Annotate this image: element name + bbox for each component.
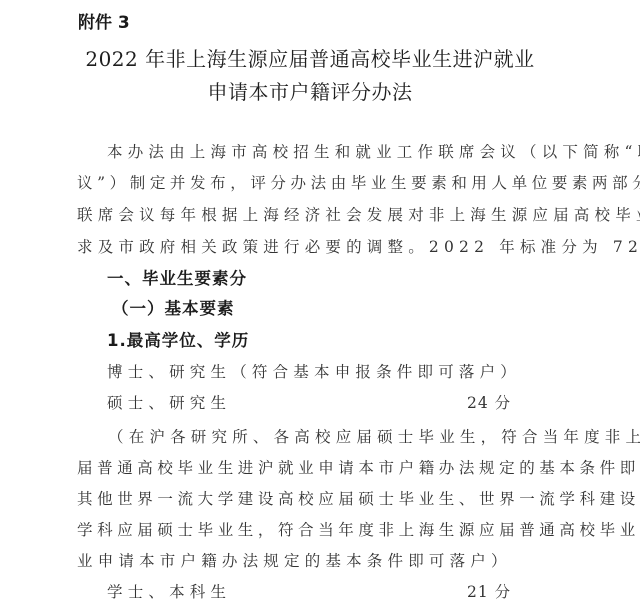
masters-note-line-5: 业申请本市户籍办法规定的基本条件即可落户）: [77, 550, 512, 572]
entry-bachelors-label: 学士、本科生: [107, 581, 231, 603]
entry-doctorate-label: 博士、研究生（符合基本申报条件即可落户）: [107, 361, 521, 383]
entry-masters-score: 24 分: [467, 392, 511, 414]
attachment-label: 附件 3: [78, 12, 130, 34]
masters-note-line-1: （在沪各研究所、各高校应届硕士毕业生，符合当年度非上海生源应: [108, 426, 640, 448]
intro-line-4: 求及市政府相关政策进行必要的调整。2022 年标准分为 72 分。: [77, 236, 640, 258]
section-heading-graduate-factors: 一、毕业生要素分: [107, 268, 247, 290]
document-title-line-2: 申请本市户籍评分办法: [0, 79, 620, 105]
entry-bachelors-score: 21 分: [467, 581, 511, 603]
masters-note-line-2: 届普通高校毕业生进沪就业申请本市户籍办法规定的基本条件即可落户。: [77, 457, 640, 479]
entry-masters-label: 硕士、研究生: [107, 392, 231, 414]
item-heading-highest-degree: 1.最高学位、学历: [107, 330, 249, 352]
masters-note-line-3: 其他世界一流大学建设高校应届硕士毕业生、世界一流学科建设高校建设: [77, 488, 640, 510]
document-page: 附件 3 2022 年非上海生源应届普通高校毕业生进沪就业 申请本市户籍评分办法…: [0, 0, 640, 610]
intro-line-3: 联席会议每年根据上海经济社会发展对非上海生源应届高校毕业生的需: [77, 204, 640, 226]
document-title-line-1: 2022 年非上海生源应届普通高校毕业生进沪就业: [0, 46, 620, 72]
subsection-heading-basic-factors: （一）基本要素: [112, 298, 235, 320]
intro-line-1: 本办法由上海市高校招生和就业工作联席会议（以下简称“联席会: [107, 141, 640, 163]
masters-note-line-4: 学科应届硕士毕业生，符合当年度非上海生源应届普通高校毕业生进沪就: [77, 519, 640, 541]
intro-line-2: 议”）制定并发布，评分办法由毕业生要素和用人单位要素两部分组成，: [77, 172, 640, 194]
